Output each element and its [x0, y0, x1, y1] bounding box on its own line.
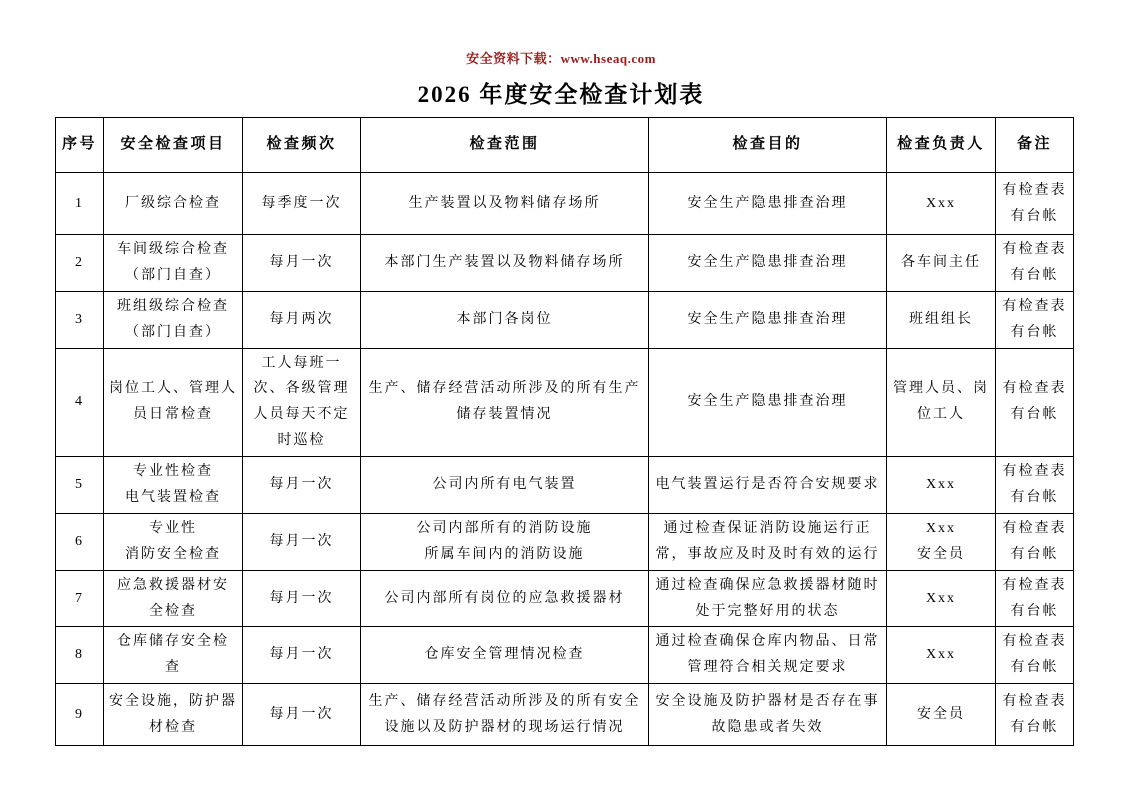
safety-inspection-plan-table: 序号 安全检查项目 检查频次 检查范围 检查目的 检查负责人 备注 1 厂级综合…: [55, 117, 1074, 746]
cell-seq: 6: [56, 513, 104, 570]
header-frequency: 检查频次: [243, 118, 361, 173]
table-row: 9 安全设施，防护器材检查 每月一次 生产、储存经营活动所涉及的所有安全设施以及…: [56, 684, 1074, 746]
cell-remark: 有检查表 有台帐: [996, 627, 1074, 684]
header-owner: 检查负责人: [887, 118, 996, 173]
page-title: 2026 年度安全检查计划表: [0, 76, 1122, 109]
cell-owner: 管理人员、岗位工人: [887, 348, 996, 457]
cell-seq: 1: [56, 173, 104, 235]
table-row: 7 应急救援器材安 全检查 每月一次 公司内部所有岗位的应急救援器材 通过检查确…: [56, 570, 1074, 627]
cell-frequency: 每月一次: [243, 570, 361, 627]
header-purpose: 检查目的: [649, 118, 887, 173]
cell-frequency: 每季度一次: [243, 173, 361, 235]
cell-seq: 9: [56, 684, 104, 746]
header-seq: 序号: [56, 118, 104, 173]
cell-owner: 安全员: [887, 684, 996, 746]
cell-item: 岗位工人、管理人员日常检查: [104, 348, 243, 457]
table-row: 1 厂级综合检查 每季度一次 生产装置以及物料储存场所 安全生产隐患排查治理 X…: [56, 173, 1074, 235]
cell-remark: 有检查表 有台帐: [996, 570, 1074, 627]
cell-item: 班组级综合检查 （部门自查）: [104, 291, 243, 348]
site-watermark: 安全资料下载：www.hseaq.com: [0, 48, 1122, 67]
cell-purpose: 电气装置运行是否符合安规要求: [649, 457, 887, 514]
cell-owner: 班组组长: [887, 291, 996, 348]
cell-scope: 公司内部所有岗位的应急救援器材: [361, 570, 649, 627]
cell-frequency: 每月一次: [243, 684, 361, 746]
cell-frequency: 每月一次: [243, 627, 361, 684]
cell-frequency: 每月一次: [243, 457, 361, 514]
cell-item: 仓库储存安全检 查: [104, 627, 243, 684]
cell-seq: 2: [56, 235, 104, 292]
cell-owner: Xxx: [887, 457, 996, 514]
cell-owner: 各车间主任: [887, 235, 996, 292]
table-row: 3 班组级综合检查 （部门自查） 每月两次 本部门各岗位 安全生产隐患排查治理 …: [56, 291, 1074, 348]
cell-item: 车间级综合检查 （部门自查）: [104, 235, 243, 292]
cell-owner: Xxx: [887, 627, 996, 684]
cell-scope: 生产装置以及物料储存场所: [361, 173, 649, 235]
cell-seq: 3: [56, 291, 104, 348]
cell-scope: 公司内部所有的消防设施 所属车间内的消防设施: [361, 513, 649, 570]
cell-purpose: 安全生产隐患排查治理: [649, 348, 887, 457]
cell-item: 应急救援器材安 全检查: [104, 570, 243, 627]
cell-seq: 8: [56, 627, 104, 684]
cell-owner: Xxx: [887, 173, 996, 235]
cell-scope: 本部门生产装置以及物料储存场所: [361, 235, 649, 292]
cell-scope: 公司内所有电气装置: [361, 457, 649, 514]
cell-remark: 有检查表 有台帐: [996, 513, 1074, 570]
cell-scope: 生产、储存经营活动所涉及的所有生产储存装置情况: [361, 348, 649, 457]
cell-remark: 有检查表 有台帐: [996, 235, 1074, 292]
cell-remark: 有检查表 有台帐: [996, 173, 1074, 235]
cell-seq: 5: [56, 457, 104, 514]
cell-purpose: 通过检查确保应急救援器材随时处于完整好用的状态: [649, 570, 887, 627]
header-remark: 备注: [996, 118, 1074, 173]
cell-item: 安全设施，防护器材检查: [104, 684, 243, 746]
cell-frequency: 每月一次: [243, 235, 361, 292]
header-item: 安全检查项目: [104, 118, 243, 173]
cell-remark: 有检查表 有台帐: [996, 291, 1074, 348]
table-row: 6 专业性 消防安全检查 每月一次 公司内部所有的消防设施 所属车间内的消防设施…: [56, 513, 1074, 570]
cell-seq: 4: [56, 348, 104, 457]
cell-frequency: 每月一次: [243, 513, 361, 570]
cell-purpose: 安全生产隐患排查治理: [649, 235, 887, 292]
cell-frequency: 工人每班一次、各级管理人员每天不定时巡检: [243, 348, 361, 457]
table-header-row: 序号 安全检查项目 检查频次 检查范围 检查目的 检查负责人 备注: [56, 118, 1074, 173]
cell-item: 厂级综合检查: [104, 173, 243, 235]
cell-remark: 有检查表 有台帐: [996, 684, 1074, 746]
cell-frequency: 每月两次: [243, 291, 361, 348]
header-scope: 检查范围: [361, 118, 649, 173]
cell-owner: Xxx 安全员: [887, 513, 996, 570]
cell-scope: 生产、储存经营活动所涉及的所有安全设施以及防护器材的现场运行情况: [361, 684, 649, 746]
cell-scope: 本部门各岗位: [361, 291, 649, 348]
cell-item: 专业性 消防安全检查: [104, 513, 243, 570]
table-row: 4 岗位工人、管理人员日常检查 工人每班一次、各级管理人员每天不定时巡检 生产、…: [56, 348, 1074, 457]
cell-purpose: 安全设施及防护器材是否存在事故隐患或者失效: [649, 684, 887, 746]
cell-seq: 7: [56, 570, 104, 627]
cell-owner: Xxx: [887, 570, 996, 627]
cell-remark: 有检查表 有台帐: [996, 348, 1074, 457]
cell-scope: 仓库安全管理情况检查: [361, 627, 649, 684]
cell-purpose: 通过检查保证消防设施运行正常，事故应及时及时有效的运行: [649, 513, 887, 570]
cell-purpose: 安全生产隐患排查治理: [649, 291, 887, 348]
table-row: 2 车间级综合检查 （部门自查） 每月一次 本部门生产装置以及物料储存场所 安全…: [56, 235, 1074, 292]
cell-purpose: 安全生产隐患排查治理: [649, 173, 887, 235]
table-row: 5 专业性检查 电气装置检查 每月一次 公司内所有电气装置 电气装置运行是否符合…: [56, 457, 1074, 514]
table-row: 8 仓库储存安全检 查 每月一次 仓库安全管理情况检查 通过检查确保仓库内物品、…: [56, 627, 1074, 684]
document-page: 安全资料下载：www.hseaq.com 2026 年度安全检查计划表 序号 安…: [0, 0, 1122, 793]
cell-item: 专业性检查 电气装置检查: [104, 457, 243, 514]
cell-remark: 有检查表 有台帐: [996, 457, 1074, 514]
cell-purpose: 通过检查确保仓库内物品、日常管理符合相关规定要求: [649, 627, 887, 684]
